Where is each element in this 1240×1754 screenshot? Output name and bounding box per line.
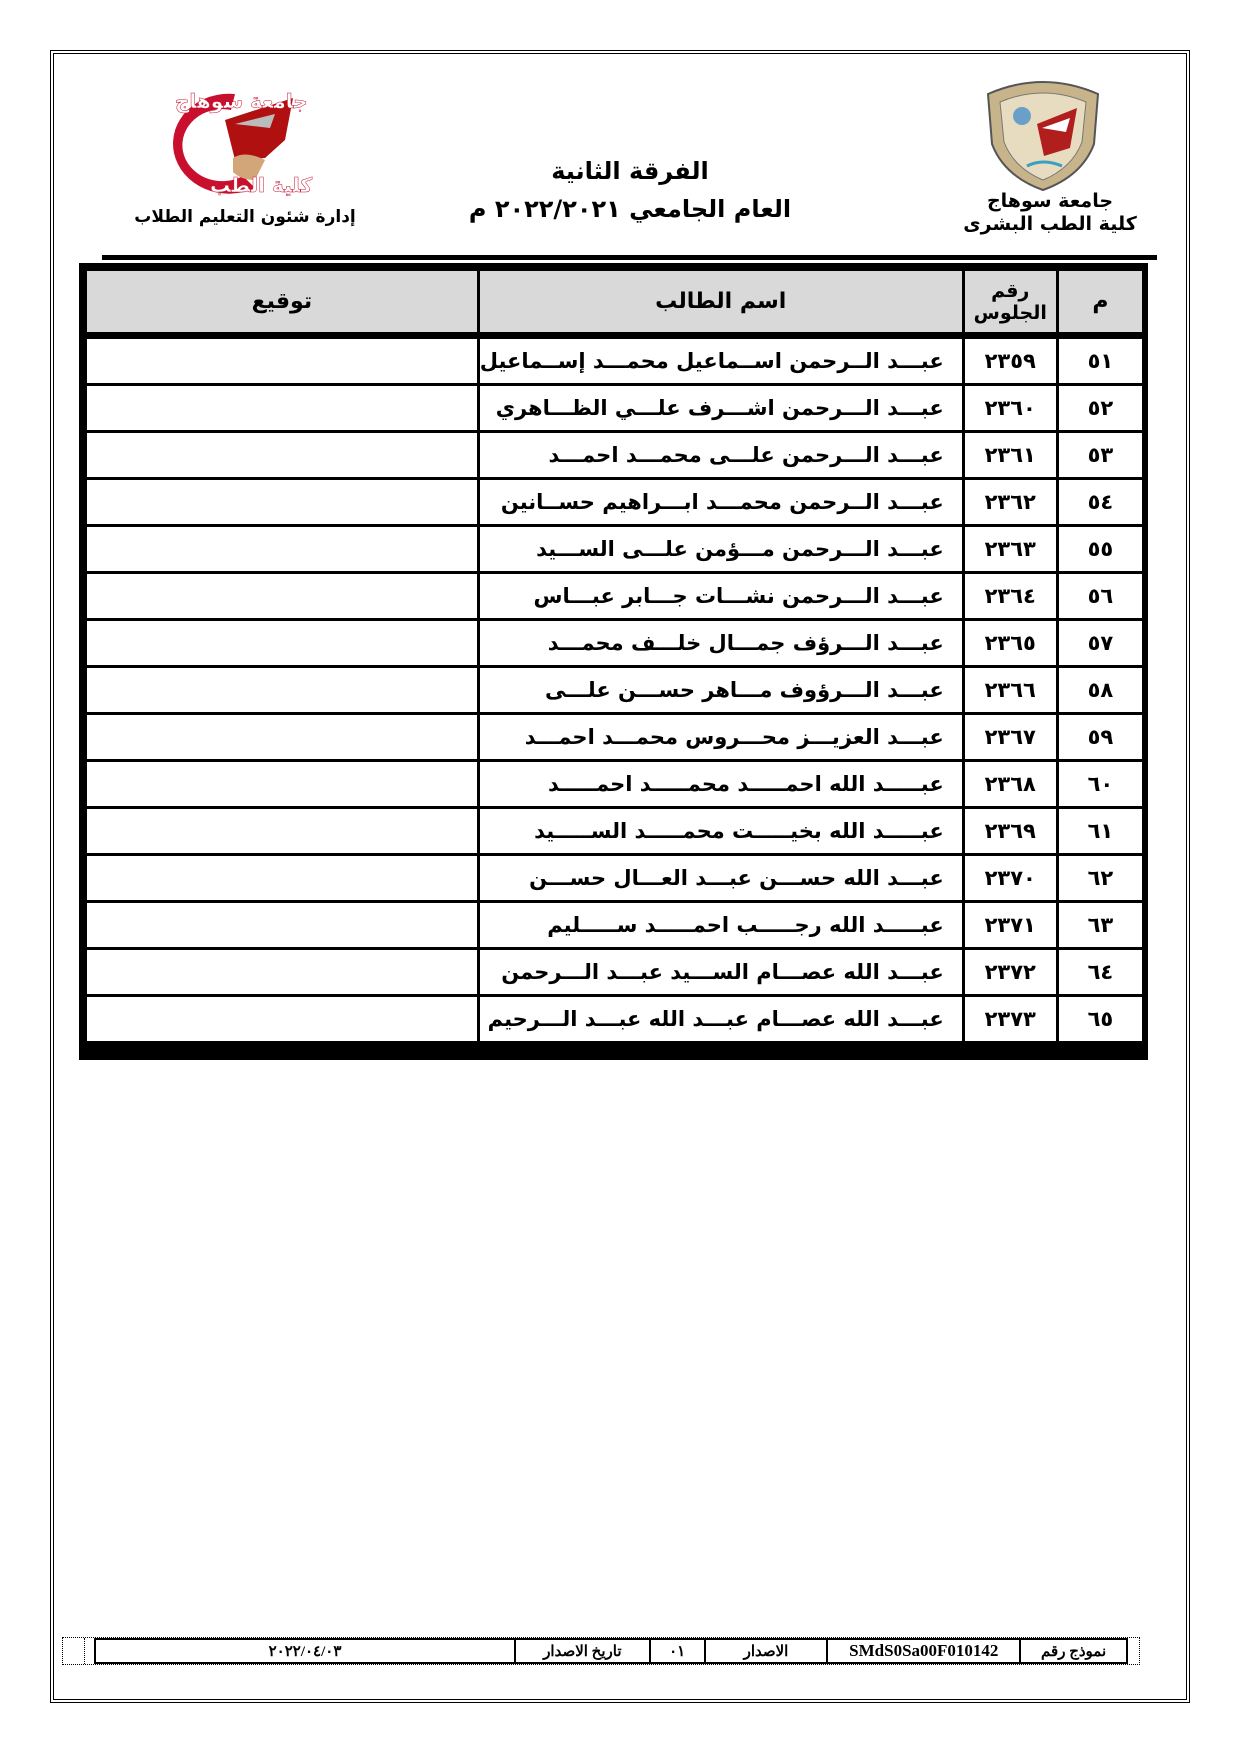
row-index: ٦١: [1057, 808, 1142, 855]
student-name: عبـــــد الله بخيـــــت محمـــــد الســـ…: [478, 808, 963, 855]
column-header-index: م: [1057, 271, 1142, 336]
header-divider: [102, 255, 1157, 260]
row-index: ٦٥: [1057, 996, 1142, 1042]
table-row: ٥٧٢٣٦٥عبـــد الـــرؤف جمـــال خلـــف محم…: [87, 620, 1142, 667]
student-name: عبـــد العزيـــز محـــروس محمـــد احمـــ…: [478, 714, 963, 761]
table-row: ٥٩٢٣٦٧عبـــد العزيـــز محـــروس محمـــد …: [87, 714, 1142, 761]
form-number: SMdS0Sa00F010142: [827, 1639, 1020, 1663]
table-row: ٥٤٢٣٦٢عبـــد الــرحمن محمـــد ابـــراهيم…: [87, 479, 1142, 526]
seat-number: ٢٣٦٣: [963, 526, 1057, 573]
seat-number: ٢٣٥٩: [963, 336, 1057, 385]
signature-cell[interactable]: [87, 761, 478, 808]
table-header-row: م رقم الجلوس اسم الطالب توقيع: [87, 271, 1142, 336]
row-index: ٥٩: [1057, 714, 1142, 761]
students-table: م رقم الجلوس اسم الطالب توقيع ٥١٢٣٥٩عبــ…: [87, 271, 1142, 1041]
signature-cell[interactable]: [87, 808, 478, 855]
seat-number: ٢٣٦٦: [963, 667, 1057, 714]
seat-number: ٢٣٧٠: [963, 855, 1057, 902]
signature-cell[interactable]: [87, 432, 478, 479]
footer-empty-cell: [63, 1638, 95, 1664]
department-name: إدارة شئون التعليم الطلاب: [120, 207, 370, 227]
signature-cell[interactable]: [87, 902, 478, 949]
table-row: ٥٣٢٣٦١عبـــد الـــرحمن علـــى محمـــد اح…: [87, 432, 1142, 479]
row-index: ٥٨: [1057, 667, 1142, 714]
seat-number: ٢٣٧٢: [963, 949, 1057, 996]
table-row: ٥٥٢٣٦٣عبـــد الـــرحمن مـــؤمن علـــى ال…: [87, 526, 1142, 573]
column-header-student-name: اسم الطالب: [478, 271, 963, 336]
issue-date: ٢٠٢٢/٠٤/٠٣: [95, 1639, 515, 1663]
student-name: عبـــد الــرحمن محمـــد ابـــراهيم حســا…: [478, 479, 963, 526]
signature-cell[interactable]: [87, 526, 478, 573]
seat-number: ٢٣٦٤: [963, 573, 1057, 620]
students-table-frame: م رقم الجلوس اسم الطالب توقيع ٥١٢٣٥٩عبــ…: [79, 263, 1148, 1060]
level-title: الفرقة الثانية: [440, 152, 820, 190]
student-name: عبـــد الـــرحمن علـــى محمـــد احمـــد: [478, 432, 963, 479]
seat-number: ٢٣٧١: [963, 902, 1057, 949]
signature-cell[interactable]: [87, 855, 478, 902]
faculty-name: كلية الطب البشرى: [950, 213, 1150, 236]
table-row: ٦٠٢٣٦٨عبـــــد الله احمـــــد محمـــــد …: [87, 761, 1142, 808]
version-label: الاصدار: [705, 1639, 828, 1663]
row-index: ٥٧: [1057, 620, 1142, 667]
form-footer: نموذج رقم SMdS0Sa00F010142 الاصدار ٠١ تا…: [62, 1637, 1140, 1665]
row-index: ٥٣: [1057, 432, 1142, 479]
university-name-block: جامعة سوهاج كلية الطب البشرى: [950, 190, 1150, 236]
issue-date-label: تاريخ الاصدار: [515, 1639, 650, 1663]
table-row: ٥٦٢٣٦٤عبـــد الـــرحمن نشـــات جـــابر ع…: [87, 573, 1142, 620]
table-row: ٦٥٢٣٧٣عبـــد الله عصـــام عبـــد الله عب…: [87, 996, 1142, 1042]
signature-cell[interactable]: [87, 620, 478, 667]
signature-cell[interactable]: [87, 714, 478, 761]
row-index: ٦٤: [1057, 949, 1142, 996]
signature-cell[interactable]: [87, 479, 478, 526]
academic-year: العام الجامعي ٢٠٢٢/٢٠٢١ م: [440, 190, 820, 228]
row-index: ٥٥: [1057, 526, 1142, 573]
row-index: ٥٦: [1057, 573, 1142, 620]
table-row: ٦٤٢٣٧٢عبـــد الله عصـــام الســـيد عبـــ…: [87, 949, 1142, 996]
sohag-university-crest-logo: [982, 76, 1104, 192]
seat-number: ٢٣٦٨: [963, 761, 1057, 808]
faculty-of-medicine-logo: جامعة سوهاج كلية الطب: [115, 80, 315, 200]
seat-number: ٢٣٧٣: [963, 996, 1057, 1042]
table-row: ٥٢٢٣٦٠عبـــد الـــرحمن اشـــرف علـــي ال…: [87, 385, 1142, 432]
form-info-table: نموذج رقم SMdS0Sa00F010142 الاصدار ٠١ تا…: [94, 1638, 1128, 1664]
form-number-label: نموذج رقم: [1020, 1639, 1127, 1663]
table-row: ٥٨٢٣٦٦عبـــد الـــرؤوف مـــاهر حســـن عل…: [87, 667, 1142, 714]
row-index: ٦٢: [1057, 855, 1142, 902]
table-row: ٦٣٢٣٧١عبـــــد الله رجـــــب احمـــــد س…: [87, 902, 1142, 949]
signature-cell[interactable]: [87, 336, 478, 385]
seat-number: ٢٣٦٧: [963, 714, 1057, 761]
signature-cell[interactable]: [87, 949, 478, 996]
page-title: الفرقة الثانية العام الجامعي ٢٠٢٢/٢٠٢١ م: [440, 152, 820, 228]
version-number: ٠١: [650, 1639, 705, 1663]
student-name: عبـــد الــرحمن اســماعيل محمـــد إســما…: [478, 336, 963, 385]
signature-cell[interactable]: [87, 573, 478, 620]
signature-cell[interactable]: [87, 996, 478, 1042]
row-index: ٥٢: [1057, 385, 1142, 432]
column-header-seat-number: رقم الجلوس: [963, 271, 1057, 336]
seat-number: ٢٣٦٢: [963, 479, 1057, 526]
seat-number: ٢٣٦١: [963, 432, 1057, 479]
signature-cell[interactable]: [87, 385, 478, 432]
table-row: ٦١٢٣٦٩عبـــــد الله بخيـــــت محمـــــد …: [87, 808, 1142, 855]
student-name: عبـــــد الله رجـــــب احمـــــد ســـــل…: [478, 902, 963, 949]
student-name: عبـــد الـــرؤف جمـــال خلـــف محمـــد: [478, 620, 963, 667]
logo-text-bottom: كلية الطب: [210, 173, 312, 197]
student-name: عبـــد الله عصـــام عبـــد الله عبـــد ا…: [478, 996, 963, 1042]
student-name: عبـــد الـــرؤوف مـــاهر حســـن علـــى: [478, 667, 963, 714]
table-row: ٥١٢٣٥٩عبـــد الــرحمن اســماعيل محمـــد …: [87, 336, 1142, 385]
row-index: ٥٤: [1057, 479, 1142, 526]
student-name: عبـــد الـــرحمن اشـــرف علـــي الظـــاه…: [478, 385, 963, 432]
student-name: عبـــد الـــرحمن نشـــات جـــابر عبـــاس: [478, 573, 963, 620]
footer-divider: [83, 1638, 85, 1664]
university-name: جامعة سوهاج: [950, 190, 1150, 213]
row-index: ٦٠: [1057, 761, 1142, 808]
seat-number: ٢٣٦٩: [963, 808, 1057, 855]
row-index: ٥١: [1057, 336, 1142, 385]
signature-cell[interactable]: [87, 667, 478, 714]
student-name: عبـــد الله حســـن عبـــد العـــال حســـ…: [478, 855, 963, 902]
row-index: ٦٣: [1057, 902, 1142, 949]
seat-number: ٢٣٦٥: [963, 620, 1057, 667]
column-header-signature: توقيع: [87, 271, 478, 336]
table-row: ٦٢٢٣٧٠عبـــد الله حســـن عبـــد العـــال…: [87, 855, 1142, 902]
student-name: عبـــد الـــرحمن مـــؤمن علـــى الســـيد: [478, 526, 963, 573]
logo-text-top: جامعة سوهاج: [175, 89, 308, 113]
student-name: عبـــــد الله احمـــــد محمـــــد احمـــ…: [478, 761, 963, 808]
seat-number: ٢٣٦٠: [963, 385, 1057, 432]
student-name: عبـــد الله عصـــام الســـيد عبـــد الــ…: [478, 949, 963, 996]
